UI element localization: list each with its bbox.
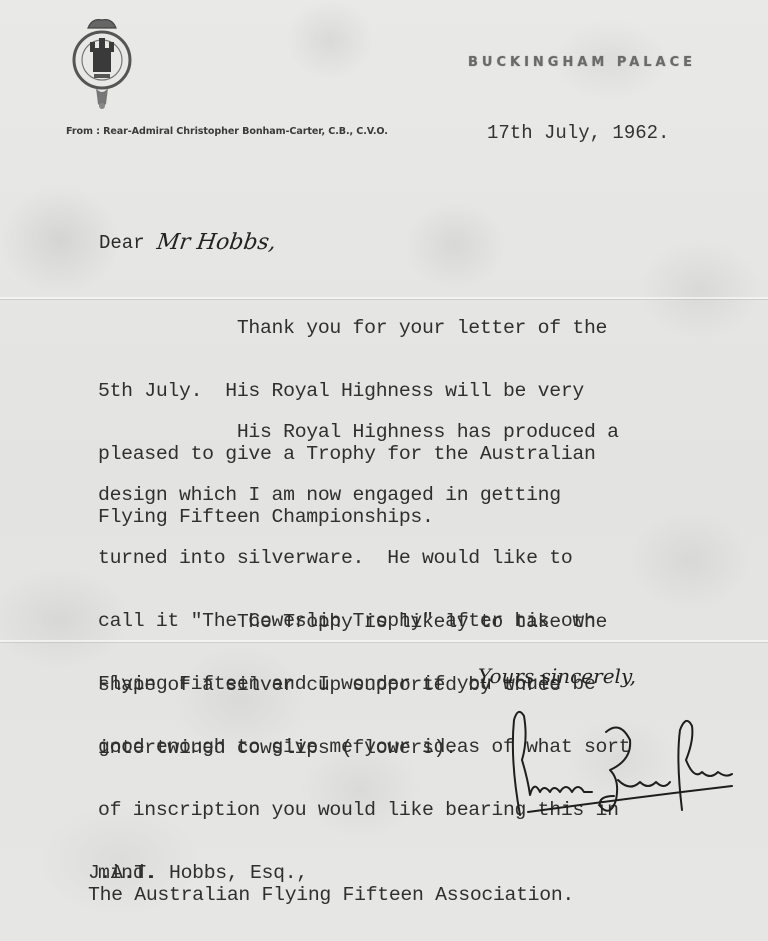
salutation: Dear Mr Hobbs, (99, 230, 276, 255)
addressee-name: J.A.T. Hobbs, Esq., (88, 862, 574, 884)
letter-page: BUCKINGHAM PALACE From : Rear-Admiral Ch… (0, 0, 768, 941)
letterhead-from: From : Rear-Admiral Christopher Bonham-C… (66, 126, 388, 137)
text-line: The Trophy is likely to take the (98, 612, 607, 633)
letterhead-address: BUCKINGHAM PALACE (468, 55, 696, 70)
letter-date: 17th July, 1962. (487, 122, 669, 144)
salutation-handwritten-name: Mr Hobbs, (155, 230, 277, 255)
text-line: His Royal Highness has produced a (98, 422, 630, 443)
closing-block: Yours sincerely, (470, 660, 750, 830)
addressee-organization: The Australian Flying Fifteen Associatio… (88, 884, 574, 906)
text-line: design which I am now engaged in getting (98, 485, 630, 506)
addressee-block: J.A.T. Hobbs, Esq., The Australian Flyin… (88, 862, 574, 906)
valediction: Yours sincerely, (478, 664, 636, 688)
text-line: turned into silverware. He would like to (98, 548, 630, 569)
text-line: Thank you for your letter of the (98, 318, 607, 339)
royal-crest-icon (66, 14, 138, 114)
signature-icon (470, 700, 750, 830)
salutation-greeting: Dear (99, 232, 145, 254)
